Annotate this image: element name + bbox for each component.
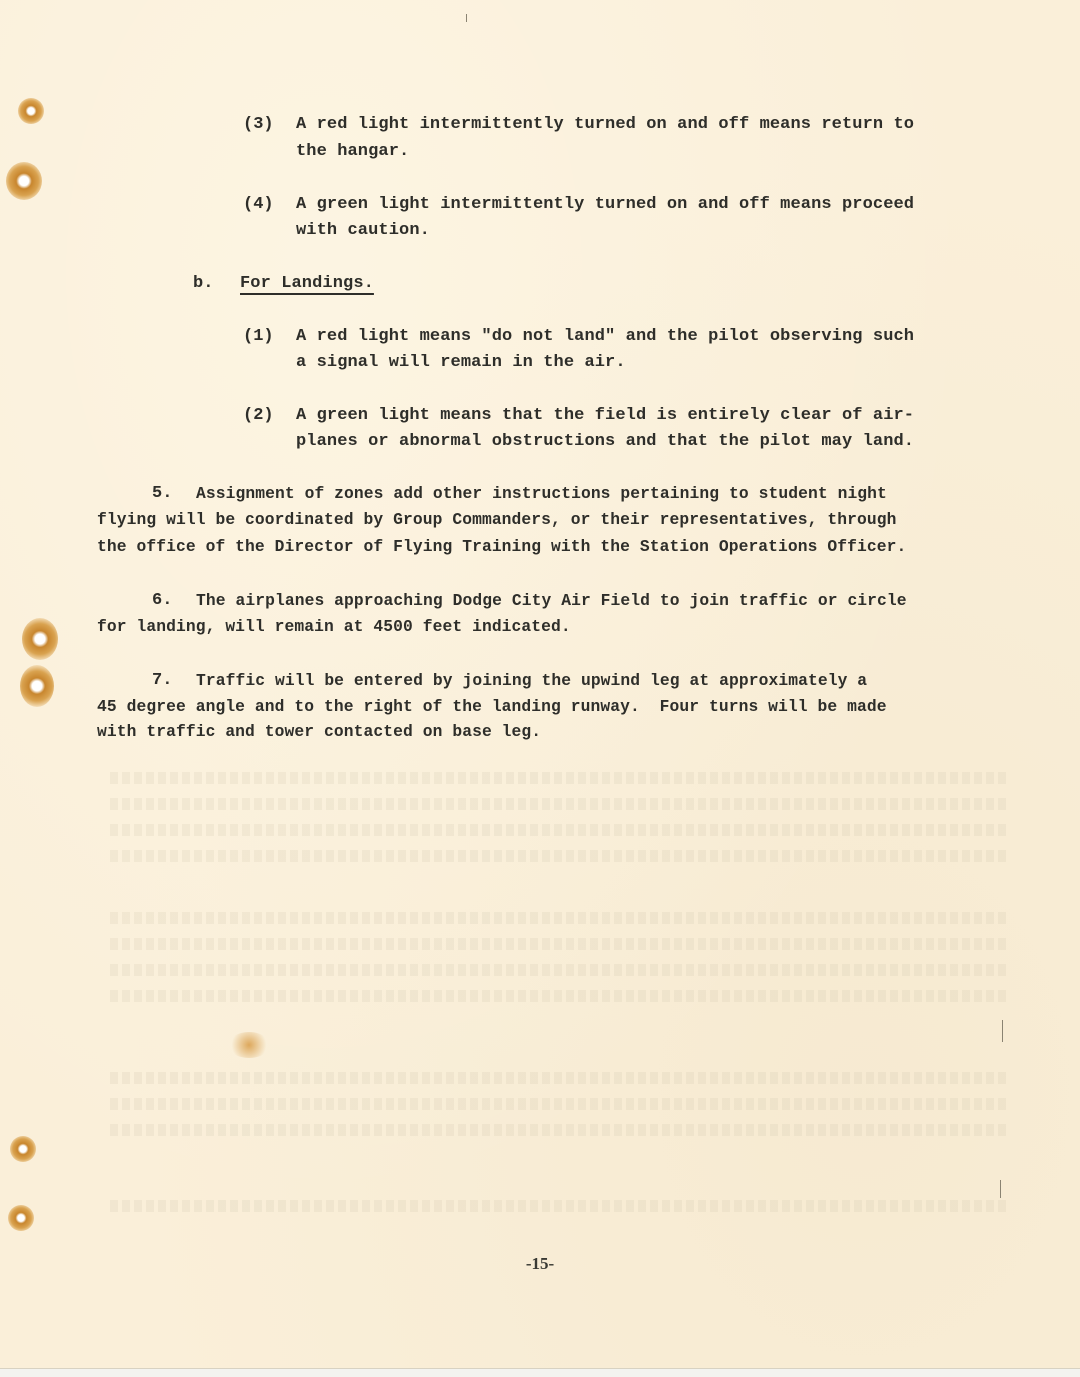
show-through [110, 990, 1010, 1002]
item-text: planes or abnormal obstructions and that… [296, 432, 914, 452]
paragraph-text: 45 degree angle and to the right of the … [97, 697, 887, 717]
item-number: (1) [243, 327, 274, 347]
page-number: -15- [0, 1254, 1080, 1274]
paper-mark [466, 14, 467, 22]
item-number: (2) [243, 406, 274, 426]
show-through [110, 1098, 1010, 1110]
show-through [110, 938, 1010, 950]
section-letter: b. [193, 274, 213, 294]
show-through [110, 1124, 1010, 1136]
show-through [110, 824, 1010, 836]
paragraph-number: 5. [152, 484, 172, 504]
item-text: with caution. [296, 221, 430, 241]
show-through [110, 1072, 1010, 1084]
paper-mark [1002, 1020, 1003, 1042]
item-text: A red light intermittently turned on and… [296, 115, 914, 135]
item-number: (4) [243, 195, 274, 215]
show-through [110, 912, 1010, 924]
punch-hole [20, 665, 54, 707]
punch-hole [10, 1136, 36, 1162]
show-through [110, 772, 1010, 784]
show-through [110, 1200, 1010, 1212]
show-through [110, 964, 1010, 976]
punch-hole [22, 618, 58, 660]
paragraph-number: 7. [152, 671, 172, 691]
document-page: (3) A red light intermittently turned on… [0, 0, 1080, 1369]
show-through [110, 798, 1010, 810]
paragraph-text: Assignment of zones add other instructio… [196, 484, 887, 504]
paragraph-text: The airplanes approaching Dodge City Air… [196, 591, 907, 611]
section-heading: For Landings. [240, 274, 374, 294]
punch-hole [6, 162, 42, 200]
punch-hole [18, 98, 44, 124]
item-text: A red light means "do not land" and the … [296, 327, 914, 347]
rust-stain [228, 1032, 270, 1058]
paragraph-text: with traffic and tower contacted on base… [97, 722, 541, 742]
paragraph-text: flying will be coordinated by Group Comm… [97, 510, 897, 530]
show-through [110, 850, 1010, 862]
paragraph-number: 6. [152, 591, 172, 611]
punch-hole [8, 1205, 34, 1231]
item-number: (3) [243, 115, 274, 135]
paragraph-text: Traffic will be entered by joining the u… [196, 671, 867, 691]
paper-mark [1000, 1180, 1001, 1198]
item-text: A green light means that the field is en… [296, 406, 914, 426]
paragraph-text: for landing, will remain at 4500 feet in… [97, 617, 571, 637]
item-text: the hangar. [296, 142, 409, 162]
item-text: A green light intermittently turned on a… [296, 195, 914, 215]
item-text: a signal will remain in the air. [296, 353, 626, 373]
paragraph-text: the office of the Director of Flying Tra… [97, 537, 906, 557]
